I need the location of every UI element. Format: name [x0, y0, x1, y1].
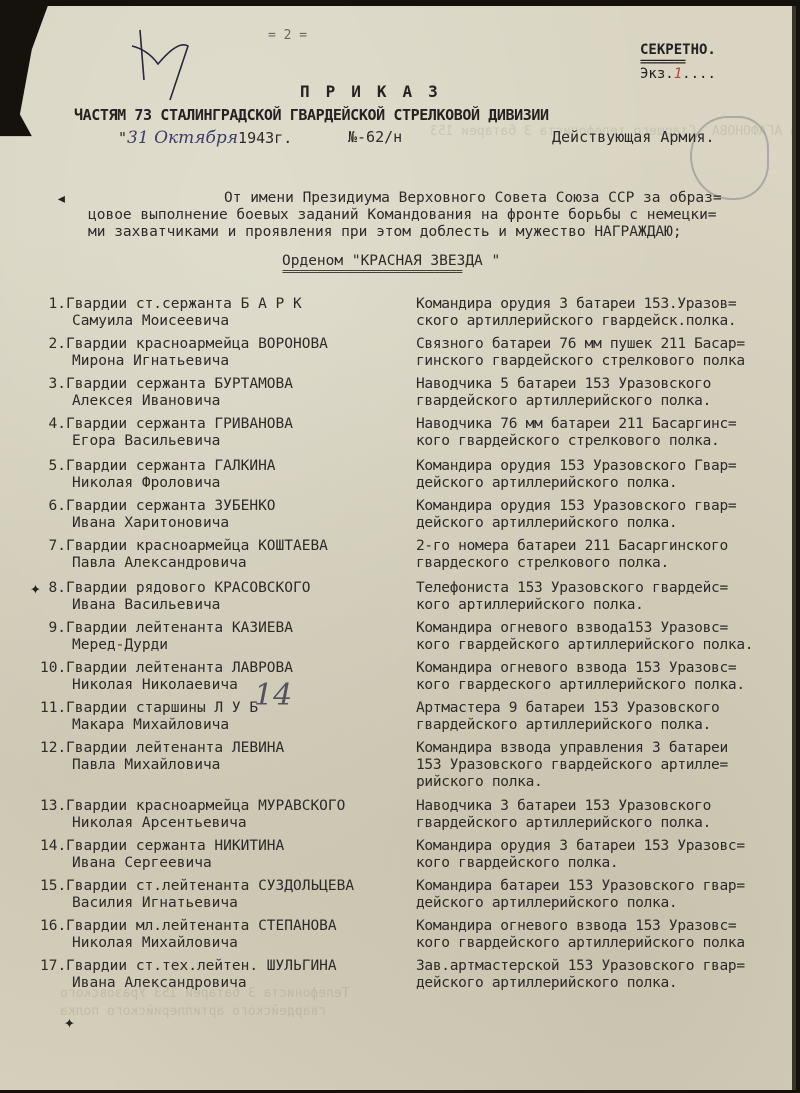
recipient-given-names: Алексея Ивановича: [40, 393, 410, 410]
position-line: Командира орудия 3 батареи 153.Уразов=: [416, 296, 800, 313]
position-line: Командира орудия 3 батареи 153 Уразовс=: [416, 838, 800, 855]
position-line: Связного батареи 76 мм пушек 211 Басар=: [416, 336, 800, 353]
recipient-rank: Гвардии сержанта: [66, 838, 206, 854]
recipient-rank-surname: 2.Гвардии красноармейца ВОРОНОВА: [40, 336, 410, 353]
recipient-given-names: Ивана Сергеевича: [40, 855, 410, 872]
position-line: ского артиллерийского гвардейск.полка.: [416, 313, 800, 330]
recipient-surname: КАЗИЕВА: [232, 620, 293, 636]
recipient-number: 2.: [40, 336, 66, 353]
recipient-number: 16.: [40, 918, 66, 935]
recipient-position: 2-го номера батареи 211 Басаргинскогогва…: [416, 538, 800, 572]
position-line: Командира огневого взвода153 Уразовс=: [416, 620, 800, 637]
recipient-number: 10.: [40, 660, 66, 677]
recipient-number: 3.: [40, 376, 66, 393]
recipient-position: Командира огневого взвода 153 Уразовс=ко…: [416, 918, 800, 952]
recipient-surname: ВОРОНОВА: [258, 336, 328, 352]
position-line: Командира огневого взвода 153 Уразовс=: [416, 918, 800, 935]
recipient-position: Зав.артмастерской 153 Уразовского гвар=д…: [416, 958, 800, 992]
star-mark: ✦: [64, 1012, 75, 1033]
position-line: гвардейского артиллерийского полка.: [416, 815, 800, 832]
recipient-name-block: 2.Гвардии красноармейца ВОРОНОВАМирона И…: [40, 336, 410, 370]
copy-number-value: 1: [674, 66, 682, 82]
recipient-rank: Гвардии сержанта: [66, 376, 206, 392]
page-number: = 2 =: [268, 28, 307, 43]
position-line: Зав.артмастерской 153 Уразовского гвар=: [416, 958, 800, 975]
recipient-number: 13.: [40, 798, 66, 815]
recipient-rank-surname: 9.Гвардии лейтенанта КАЗИЕВА: [40, 620, 410, 637]
position-line: кого гвардейского артиллерийского полка: [416, 935, 800, 952]
recipient-surname: ЛАВРОВА: [232, 660, 293, 676]
recipient-rank: Гвардии рядового: [66, 580, 206, 596]
document-title: ПРИКАЗ: [300, 82, 454, 101]
position-line: гвардеского стрелкового полка.: [416, 555, 800, 572]
position-line: Телефониста 153 Уразовского гвардейс=: [416, 580, 800, 597]
recipient-position: Наводчика 76 мм батареи 211 Басаргинс=ко…: [416, 416, 800, 450]
recipient-name-block: 16.Гвардии мл.лейтенанта СТЕПАНОВАНикола…: [40, 918, 410, 952]
recipient-rank-surname: 7.Гвардии красноармейца КОШТАЕВА: [40, 538, 410, 555]
recipient-position: Связного батареи 76 мм пушек 211 Басар=г…: [416, 336, 800, 370]
recipient-position: Командира орудия 153 Уразовского Гвар=де…: [416, 458, 800, 492]
recipient-rank: Гвардии ст.лейтенанта: [66, 878, 249, 894]
recipient-given-names: Самуила Моисеевича: [40, 313, 410, 330]
recipient-rank: Гвардии красноармейца: [66, 538, 249, 554]
date-line: "31 Октября1943г. №-62/н Действующая Арм…: [118, 128, 758, 150]
recipient-name-block: 15.Гвардии ст.лейтенанта СУЗДОЛЬЦЕВАВаси…: [40, 878, 410, 912]
copy-dots: ....: [682, 66, 716, 82]
recipient-surname: НИКИТИНА: [214, 838, 284, 854]
position-line: Командира орудия 153 Уразовского гвар=: [416, 498, 800, 515]
recipient-position: Командира орудия 3 батареи 153 Уразовс=к…: [416, 838, 800, 872]
recipient-number: 9.: [40, 620, 66, 637]
recipient-position: Командира батареи 153 Уразовского гвар=д…: [416, 878, 800, 912]
recipient-name-block: 1.Гвардии ст.сержанта Б А Р КСамуила Мои…: [40, 296, 410, 330]
position-line: Командира огневого взвода 153 Уразовс=: [416, 660, 800, 677]
position-line: кого гвардейского артиллерийского полка.: [416, 637, 800, 654]
recipient-name-block: 17.Гвардии ст.тех.лейтен. ШУЛЬГИНАИвана …: [40, 958, 410, 992]
handwritten-date: 31 Октября: [127, 128, 238, 148]
recipient-rank-surname: 1.Гвардии ст.сержанта Б А Р К: [40, 296, 410, 313]
recipient-name-block: 7.Гвардии красноармейца КОШТАЕВАПавла Ал…: [40, 538, 410, 572]
recipient-rank: Гвардии сержанта: [66, 458, 206, 474]
handwritten-signature: [118, 20, 228, 110]
recipient-rank-surname: 5.Гвардии сержанта ГАЛКИНА: [40, 458, 410, 475]
margin-arrow-mark: ◂: [56, 188, 67, 209]
recipient-given-names: Николая Николаевича: [40, 677, 410, 694]
bleed-through-text: гвардейского артиллерийского полка: [60, 1004, 326, 1019]
recipient-name-block: 8.Гвардии рядового КРАСОВСКОГОИвана Васи…: [40, 580, 410, 614]
recipient-surname: ЗУБЕНКО: [214, 498, 275, 514]
recipient-surname: СТЕПАНОВА: [258, 918, 337, 934]
recipient-surname: КРАСОВСКОГО: [214, 580, 310, 596]
recipient-given-names: Ивана Александровича: [40, 975, 410, 992]
recipient-position: Командира орудия 153 Уразовского гвар=де…: [416, 498, 800, 532]
recipient-given-names: Николая Михайловича: [40, 935, 410, 952]
recipient-name-block: 13.Гвардии красноармейца МУРАВСКОГОНикол…: [40, 798, 410, 832]
handwritten-annotation: 14: [254, 678, 292, 713]
recipient-number: 7.: [40, 538, 66, 555]
recipient-number: 15.: [40, 878, 66, 895]
recipient-rank-surname: 15.Гвардии ст.лейтенанта СУЗДОЛЬЦЕВА: [40, 878, 410, 895]
recipient-given-names: Николая Фроловича: [40, 475, 410, 492]
position-line: Артмастера 9 батареи 153 Уразовского: [416, 700, 800, 717]
award-heading: Орденом "КРАСНАЯ ЗВЕЗДА " ==============…: [282, 253, 500, 275]
intro-paragraph: От имени Президиума Верховного Совета Со…: [88, 190, 793, 241]
recipient-number: 4.: [40, 416, 66, 433]
recipient-given-names: Ивана Харитоновича: [40, 515, 410, 532]
star-mark: ✦: [30, 578, 41, 599]
recipient-rank-surname: 17.Гвардии ст.тех.лейтен. ШУЛЬГИНА: [40, 958, 410, 975]
copy-number: Экз.1....: [640, 66, 716, 82]
recipient-name-block: 12.Гвардии лейтенанта ЛЕВИНАПавла Михайл…: [40, 740, 410, 774]
position-line: дейского артиллерийского полка.: [416, 895, 800, 912]
recipient-rank-surname: 10.Гвардии лейтенанта ЛАВРОВА: [40, 660, 410, 677]
recipient-rank: Гвардии сержанта: [66, 416, 206, 432]
position-line: рийского полка.: [416, 774, 800, 791]
recipient-position: Наводчика 3 батареи 153 Уразовскогогвард…: [416, 798, 800, 832]
recipient-given-names: Павла Михайловича: [40, 757, 410, 774]
recipient-rank-surname: 3.Гвардии сержанта БУРТАМОВА: [40, 376, 410, 393]
recipient-rank: Гвардии красноармейца: [66, 798, 249, 814]
recipient-name-block: 11.Гвардии старшины Л У БМакара Михайлов…: [40, 700, 410, 734]
recipient-position: Командира огневого взвода153 Уразовс=ког…: [416, 620, 800, 654]
recipient-rank: Гвардии лейтенанта: [66, 740, 223, 756]
recipient-rank: Гвардии красноармейца: [66, 336, 249, 352]
recipient-surname: Б А Р К: [241, 296, 302, 312]
recipient-rank: Гвардии ст.тех.лейтен.: [66, 958, 258, 974]
recipient-given-names: Василия Игнатьевича: [40, 895, 410, 912]
date-prefix: ": [118, 129, 127, 147]
recipient-given-names: Павла Александровича: [40, 555, 410, 572]
recipient-surname: ГАЛКИНА: [214, 458, 275, 474]
recipient-name-block: 14.Гвардии сержанта НИКИТИНАИвана Сергее…: [40, 838, 410, 872]
recipient-rank-surname: 13.Гвардии красноармейца МУРАВСКОГО: [40, 798, 410, 815]
recipient-number: 5.: [40, 458, 66, 475]
intro-line: От имени Президиума Верховного Совета Со…: [88, 190, 793, 207]
recipient-surname: КОШТАЕВА: [258, 538, 328, 554]
position-line: 153 Уразовского гвардейского артилле=: [416, 757, 800, 774]
recipient-rank: Гвардии старшины: [66, 700, 206, 716]
recipient-rank-surname: 8.Гвардии рядового КРАСОВСКОГО: [40, 580, 410, 597]
recipient-rank: Гвардии ст.сержанта: [66, 296, 232, 312]
recipient-name-block: 4.Гвардии сержанта ГРИВАНОВАЕгора Василь…: [40, 416, 410, 450]
recipient-surname: Л У Б: [214, 700, 258, 716]
recipient-given-names: Меред-Дурди: [40, 637, 410, 654]
recipient-number: 6.: [40, 498, 66, 515]
position-line: 2-го номера батареи 211 Басаргинского: [416, 538, 800, 555]
page-edge: [792, 6, 796, 1090]
recipient-rank-surname: 12.Гвардии лейтенанта ЛЕВИНА: [40, 740, 410, 757]
recipient-given-names: Ивана Васильевича: [40, 597, 410, 614]
recipient-position: Наводчика 5 батареи 153 Уразовскогогвард…: [416, 376, 800, 410]
position-line: Командира орудия 153 Уразовского Гвар=: [416, 458, 800, 475]
recipient-rank-surname: 16.Гвардии мл.лейтенанта СТЕПАНОВА: [40, 918, 410, 935]
position-line: гвардейского артиллерийского полка.: [416, 717, 800, 734]
recipient-number: 11.: [40, 700, 66, 717]
recipient-name-block: 6.Гвардии сержанта ЗУБЕНКОИвана Харитоно…: [40, 498, 410, 532]
recipient-name-block: 10.Гвардии лейтенанта ЛАВРОВАНиколая Ник…: [40, 660, 410, 694]
recipient-rank: Гвардии мл.лейтенанта: [66, 918, 249, 934]
recipient-given-names: Макара Михайловича: [40, 717, 410, 734]
recipient-surname: СУЗДОЛЬЦЕВА: [258, 878, 354, 894]
position-line: Наводчика 3 батареи 153 Уразовского: [416, 798, 800, 815]
recipient-name-block: 5.Гвардии сержанта ГАЛКИНАНиколая Фролов…: [40, 458, 410, 492]
document-subtitle: ЧАСТЯМ 73 СТАЛИНГРАДСКОЙ ГВАРДЕЙСКОЙ СТР…: [74, 106, 549, 124]
position-line: дейского артиллерийского полка.: [416, 975, 800, 992]
position-line: Командира взвода управления 3 батареи: [416, 740, 800, 757]
recipient-position: Командира орудия 3 батареи 153.Уразов=ск…: [416, 296, 800, 330]
recipient-given-names: Егора Васильевича: [40, 433, 410, 450]
recipient-given-names: Мирона Игнатьевича: [40, 353, 410, 370]
recipient-rank: Гвардии лейтенанта: [66, 620, 223, 636]
year: 1943г.: [238, 129, 292, 147]
intro-line: цовое выполнение боевых заданий Командов…: [88, 207, 793, 224]
position-line: кого гвардеского артиллерийского полка.: [416, 677, 800, 694]
classification-label: СЕКРЕТНО. ========: [640, 42, 716, 66]
recipient-surname: ШУЛЬГИНА: [267, 958, 337, 974]
recipient-position: Командира взвода управления 3 батареи153…: [416, 740, 800, 791]
recipient-name-block: 3.Гвардии сержанта БУРТАМОВААлексея Иван…: [40, 376, 410, 410]
recipient-number: 1.: [40, 296, 66, 313]
recipient-rank: Гвардии лейтенанта: [66, 660, 223, 676]
recipient-rank-surname: 11.Гвардии старшины Л У Б: [40, 700, 410, 717]
position-line: гинского гвардейского стрелкового полка: [416, 353, 800, 370]
recipient-surname: ГРИВАНОВА: [214, 416, 293, 432]
position-line: Наводчика 5 батареи 153 Уразовского: [416, 376, 800, 393]
recipient-rank-surname: 14.Гвардии сержанта НИКИТИНА: [40, 838, 410, 855]
recipient-number: 14.: [40, 838, 66, 855]
position-line: кого артиллерийского полка.: [416, 597, 800, 614]
position-line: дейского артиллерийского полка.: [416, 475, 800, 492]
award-underline: ================================: [282, 269, 500, 275]
recipient-position: Командира огневого взвода 153 Уразовс=ко…: [416, 660, 800, 694]
recipient-given-names: Николая Арсентьевича: [40, 815, 410, 832]
location: Действующая Армия.: [552, 128, 715, 146]
recipient-surname: МУРАВСКОГО: [258, 798, 345, 814]
recipient-rank-surname: 4.Гвардии сержанта ГРИВАНОВА: [40, 416, 410, 433]
position-line: кого гвардейского полка.: [416, 855, 800, 872]
classification-underline: ========: [640, 58, 716, 66]
recipient-number: 8.: [40, 580, 66, 597]
recipient-name-block: 9.Гвардии лейтенанта КАЗИЕВАМеред-Дурди: [40, 620, 410, 654]
recipient-position: Артмастера 9 батареи 153 Уразовскогогвар…: [416, 700, 800, 734]
recipient-surname: БУРТАМОВА: [214, 376, 293, 392]
copy-label: Экз.: [640, 66, 674, 82]
recipient-rank-surname: 6.Гвардии сержанта ЗУБЕНКО: [40, 498, 410, 515]
position-line: Командира батареи 153 Уразовского гвар=: [416, 878, 800, 895]
document-page: 1.Гвардии ст.сержанта АГАФОНОВА Старшего…: [0, 6, 796, 1090]
recipient-number: 17.: [40, 958, 66, 975]
position-line: гвардейского артиллерийского полка.: [416, 393, 800, 410]
recipient-surname: ЛЕВИНА: [232, 740, 284, 756]
recipient-rank: Гвардии сержанта: [66, 498, 206, 514]
intro-line: ми захватчиками и проявления при этом до…: [88, 224, 793, 241]
recipient-position: Телефониста 153 Уразовского гвардейс=ког…: [416, 580, 800, 614]
recipient-number: 12.: [40, 740, 66, 757]
position-line: Наводчика 76 мм батареи 211 Басаргинс=: [416, 416, 800, 433]
position-line: кого гвардейского стрелкового полка.: [416, 433, 800, 450]
position-line: дейского артиллерийского полка.: [416, 515, 800, 532]
order-number: №-62/н: [348, 128, 402, 146]
